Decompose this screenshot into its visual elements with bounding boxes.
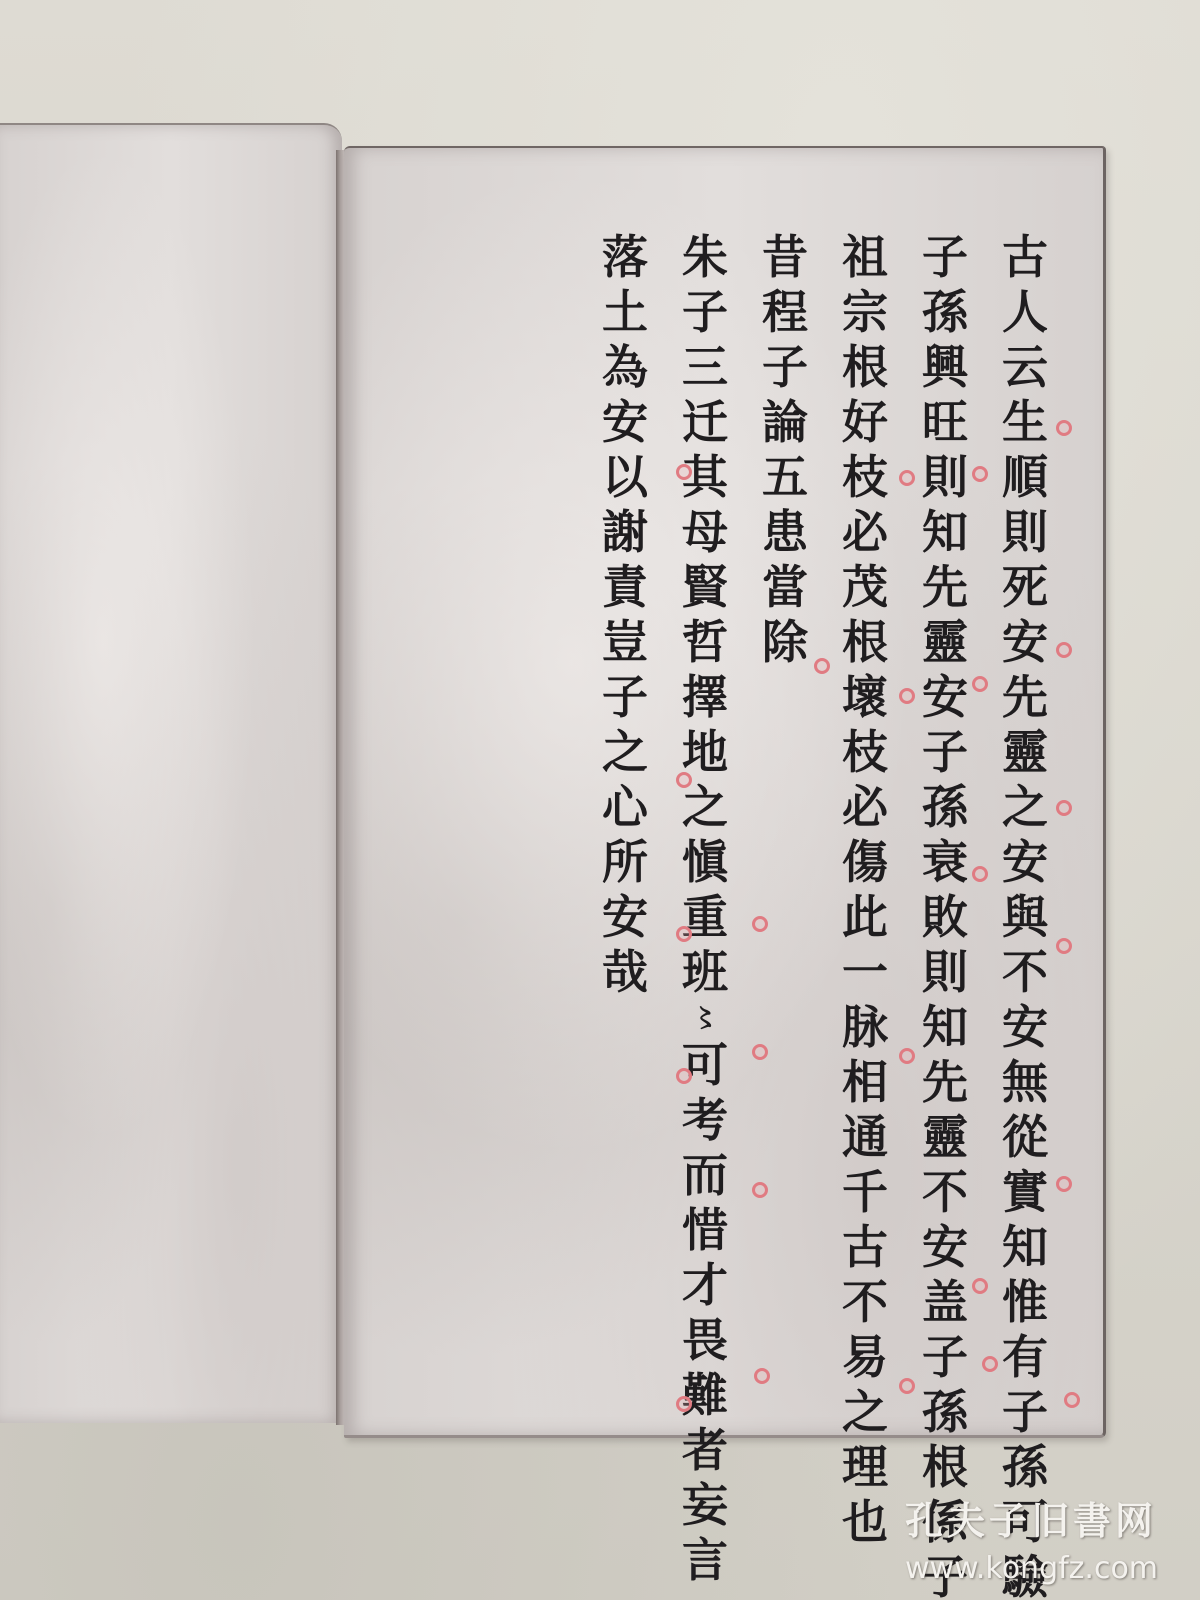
- glyph: 安: [922, 670, 968, 725]
- punctuation-mark: [676, 772, 692, 788]
- glyph: 三: [682, 340, 728, 395]
- glyph: 為: [602, 340, 648, 395]
- glyph: 與: [1002, 890, 1048, 945]
- punctuation-mark: [1056, 642, 1072, 658]
- glyph: 先: [1002, 670, 1048, 725]
- glyph: 先: [922, 560, 968, 615]
- glyph: 人: [1002, 285, 1048, 340]
- glyph: 千: [842, 1165, 888, 1220]
- text-column-4: 昔程子論五患當除: [745, 230, 825, 1600]
- glyph: 祖: [842, 230, 888, 285]
- glyph: 興: [922, 340, 968, 395]
- punctuation-mark: [899, 1378, 915, 1394]
- glyph: 安: [602, 395, 648, 450]
- glyph: 安: [602, 890, 648, 945]
- glyph: 子: [602, 670, 648, 725]
- glyph: 安: [922, 1220, 968, 1275]
- glyph: 脉: [842, 1000, 888, 1055]
- glyph: 迁: [682, 395, 728, 450]
- punctuation-mark: [972, 866, 988, 882]
- glyph: 程: [762, 285, 808, 340]
- glyph: 言: [682, 1533, 728, 1588]
- glyph: 相: [842, 1055, 888, 1110]
- glyph: 責: [602, 560, 648, 615]
- glyph: 〻: [692, 1000, 718, 1038]
- glyph: 哲: [682, 615, 728, 670]
- glyph: 理: [842, 1440, 888, 1495]
- glyph: 哉: [602, 945, 648, 1000]
- punctuation-mark: [676, 464, 692, 480]
- glyph: 者: [682, 1423, 728, 1478]
- site-watermark: 孔夫子旧書网 www.kongfz.com: [905, 1490, 1200, 1586]
- glyph: 心: [602, 780, 648, 835]
- glyph: 先: [922, 1055, 968, 1110]
- glyph: 之: [842, 1385, 888, 1440]
- glyph: 朱: [682, 230, 728, 285]
- glyph: 難: [682, 1368, 728, 1423]
- text-column-3: 祖宗根好枝必茂根壞枝必傷此一脉相通千古不易之理也: [825, 230, 905, 1600]
- glyph: 易: [842, 1330, 888, 1385]
- glyph: 知: [922, 505, 968, 560]
- glyph: 患: [762, 505, 808, 560]
- glyph: 靈: [922, 1110, 968, 1165]
- glyph: 不: [1002, 945, 1048, 1000]
- right-text-page: 古人云生順則死安先靈之安與不安無從實知惟有子孫可驗 子孫興旺則知先靈安子孫衰敗則…: [344, 146, 1106, 1438]
- glyph: 則: [922, 450, 968, 505]
- glyph: 根: [842, 615, 888, 670]
- glyph: 孫: [922, 285, 968, 340]
- glyph: 豈: [602, 615, 648, 670]
- glyph: 則: [922, 945, 968, 1000]
- glyph: 以: [602, 450, 648, 505]
- glyph: 古: [842, 1220, 888, 1275]
- text-column-6: 落土為安以謝責豈子之心所安哉: [585, 230, 665, 1600]
- glyph: 根: [842, 340, 888, 395]
- glyph: 孫: [922, 780, 968, 835]
- punctuation-mark: [1056, 1176, 1072, 1192]
- punctuation-mark: [1056, 420, 1072, 436]
- glyph: 衰: [922, 835, 968, 890]
- glyph: 考: [682, 1093, 728, 1148]
- glyph: 安: [1002, 1000, 1048, 1055]
- glyph: 惜: [682, 1203, 728, 1258]
- punctuation-mark: [676, 1396, 692, 1412]
- punctuation-mark: [752, 1182, 768, 1198]
- punctuation-mark: [899, 470, 915, 486]
- glyph: 土: [602, 285, 648, 340]
- glyph: 擇: [682, 670, 728, 725]
- glyph: 之: [1002, 780, 1048, 835]
- glyph: 通: [842, 1110, 888, 1165]
- glyph: 之: [602, 725, 648, 780]
- glyph: 古: [1002, 230, 1048, 285]
- glyph: 無: [1002, 1055, 1048, 1110]
- glyph: 盖: [922, 1275, 968, 1330]
- glyph: 根: [922, 1440, 968, 1495]
- glyph: 必: [842, 780, 888, 835]
- left-blank-page: [0, 123, 342, 1423]
- glyph: 孫: [922, 1385, 968, 1440]
- glyph: 靈: [1002, 725, 1048, 780]
- glyph: 之: [682, 780, 728, 835]
- glyph: 則: [1002, 505, 1048, 560]
- glyph: 壞: [842, 670, 888, 725]
- glyph: 惟: [1002, 1275, 1048, 1330]
- glyph: 茂: [842, 560, 888, 615]
- punctuation-mark: [1064, 1392, 1080, 1408]
- glyph: 子: [762, 340, 808, 395]
- glyph: 妄: [682, 1478, 728, 1533]
- glyph: 落: [602, 230, 648, 285]
- glyph: 宗: [842, 285, 888, 340]
- glyph: 安: [1002, 835, 1048, 890]
- punctuation-mark: [754, 1368, 770, 1384]
- glyph: 旺: [922, 395, 968, 450]
- glyph: 不: [842, 1275, 888, 1330]
- glyph: 而: [682, 1148, 728, 1203]
- punctuation-mark: [814, 658, 830, 674]
- glyph: 傷: [842, 835, 888, 890]
- glyph: 好: [842, 395, 888, 450]
- punctuation-mark: [676, 926, 692, 942]
- glyph: 昔: [762, 230, 808, 285]
- glyph: 當: [762, 560, 808, 615]
- watermark-name: 孔夫子旧書网: [905, 1490, 1200, 1545]
- glyph: 安: [1002, 615, 1048, 670]
- glyph: 子: [1002, 1385, 1048, 1440]
- glyph: 從: [1002, 1110, 1048, 1165]
- glyph: 此: [842, 890, 888, 945]
- glyph: 班: [682, 945, 728, 1000]
- glyph: 知: [922, 1000, 968, 1055]
- glyph: 靈: [922, 615, 968, 670]
- glyph: 實: [1002, 1165, 1048, 1220]
- glyph: 所: [602, 835, 648, 890]
- glyph: 可: [682, 1038, 728, 1093]
- glyph: 孫: [1002, 1440, 1048, 1495]
- watermark-url: www.kongfz.com: [905, 1551, 1200, 1586]
- glyph: 畏: [682, 1313, 728, 1368]
- glyph: 賢: [682, 560, 728, 615]
- glyph: 子: [922, 230, 968, 285]
- punctuation-mark: [972, 466, 988, 482]
- punctuation-mark: [752, 1044, 768, 1060]
- punctuation-mark: [982, 1356, 998, 1372]
- glyph: 謝: [602, 505, 648, 560]
- glyph: 除: [762, 615, 808, 670]
- glyph: 死: [1002, 560, 1048, 615]
- punctuation-mark: [752, 916, 768, 932]
- glyph: 生: [1002, 395, 1048, 450]
- glyph: 必: [842, 505, 888, 560]
- glyph: 論: [762, 395, 808, 450]
- glyph: 一: [842, 945, 888, 1000]
- punctuation-mark: [1056, 938, 1072, 954]
- glyph: 五: [762, 450, 808, 505]
- glyph: 地: [682, 725, 728, 780]
- vertical-text-block: 古人云生順則死安先靈之安與不安無從實知惟有子孫可驗 子孫興旺則知先靈安子孫衰敗則…: [585, 230, 1065, 1600]
- punctuation-mark: [899, 688, 915, 704]
- punctuation-mark: [1056, 800, 1072, 816]
- text-column-5: 朱子三迁其母賢哲擇地之愼重班〻可考而惜才畏難者妄言: [665, 230, 745, 1600]
- glyph: 愼: [682, 835, 728, 890]
- glyph: 順: [1002, 450, 1048, 505]
- text-column-2: 子孫興旺則知先靈安子孫衰敗則知先靈不安盖子孫根係子: [905, 230, 985, 1600]
- punctuation-mark: [676, 1068, 692, 1084]
- glyph: 不: [922, 1165, 968, 1220]
- punctuation-mark: [899, 1048, 915, 1064]
- punctuation-mark: [972, 676, 988, 692]
- glyph: 子: [922, 725, 968, 780]
- glyph: 子: [682, 285, 728, 340]
- punctuation-mark: [972, 1278, 988, 1294]
- glyph: 枝: [842, 725, 888, 780]
- glyph: 也: [842, 1495, 888, 1550]
- glyph: 枝: [842, 450, 888, 505]
- glyph: 云: [1002, 340, 1048, 395]
- text-column-1: 古人云生順則死安先靈之安與不安無從實知惟有子孫可驗: [985, 230, 1065, 1600]
- glyph: 才: [682, 1258, 728, 1313]
- glyph: 母: [682, 505, 728, 560]
- glyph: 知: [1002, 1220, 1048, 1275]
- glyph: 敗: [922, 890, 968, 945]
- glyph: 有: [1002, 1330, 1048, 1385]
- glyph: 子: [922, 1330, 968, 1385]
